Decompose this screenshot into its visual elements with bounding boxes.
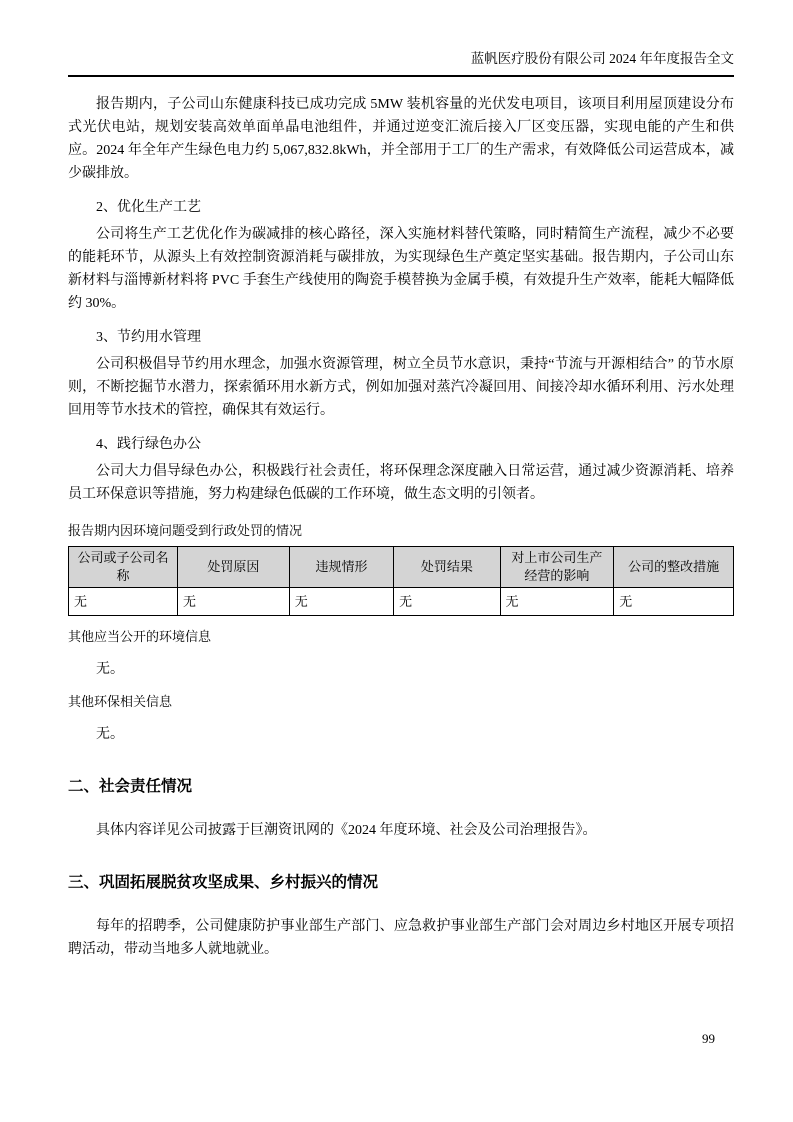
column-header-rectification: 公司的整改措施 [614, 547, 734, 588]
other-epa-info-label: 其他环保相关信息 [68, 692, 734, 712]
solar-project-paragraph: 报告期内，子公司山东健康科技已成功完成 5MW 装机容量的光伏发电项目，该项目利… [68, 93, 734, 185]
section-title-social-responsibility: 二、社会责任情况 [68, 776, 734, 798]
item-heading-production-process: 2、优化生产工艺 [68, 196, 734, 219]
item-heading-green-office: 4、践行绿色办公 [68, 433, 734, 456]
document-page: 蓝帆医疗股份有限公司 2024 年年度报告全文 报告期内，子公司山东健康科技已成… [0, 0, 793, 1122]
column-header-violation: 违规情形 [289, 547, 393, 588]
table-cell-violation: 无 [289, 588, 393, 616]
other-public-env-info-label: 其他应当公开的环境信息 [68, 627, 734, 647]
item-body-production-process: 公司将生产工艺优化作为碳减排的核心路径，深入实施材料替代策略，同时精简生产流程，… [68, 223, 734, 315]
table-cell-rectification: 无 [614, 588, 734, 616]
header-rule [68, 75, 734, 77]
section-body-rural-revitalization: 每年的招聘季，公司健康防护事业部生产部门、应急救护事业部生产部门会对周边乡村地区… [68, 915, 734, 961]
penalty-table-data-row: 无 无 无 无 无 无 [69, 588, 734, 616]
penalty-table-caption: 报告期内因环境问题受到行政处罚的情况 [68, 521, 734, 541]
column-header-company-name: 公司或子公司名称 [69, 547, 178, 588]
other-public-env-info-value: 无。 [68, 658, 734, 681]
page-number: 99 [702, 1027, 715, 1050]
table-cell-penalty-reason: 无 [178, 588, 290, 616]
report-header-title: 蓝帆医疗股份有限公司 2024 年年度报告全文 [471, 51, 734, 66]
other-epa-info-value: 无。 [68, 723, 734, 746]
column-header-impact: 对上市公司生产经营的影响 [500, 547, 614, 588]
table-cell-company-name: 无 [69, 588, 178, 616]
item-body-water-saving: 公司积极倡导节约用水理念，加强水资源管理，树立全员节水意识，秉持“节流与开源相结… [68, 353, 734, 422]
section-body-social-responsibility: 具体内容详见公司披露于巨潮资讯网的《2024 年度环境、社会及公司治理报告》。 [68, 819, 734, 842]
section-title-rural-revitalization: 三、巩固拓展脱贫攻坚成果、乡村振兴的情况 [68, 872, 734, 894]
table-cell-penalty-result: 无 [394, 588, 500, 616]
item-body-green-office: 公司大力倡导绿色办公，积极践行社会责任，将环保理念深度融入日常运营，通过减少资源… [68, 460, 734, 506]
penalty-table: 公司或子公司名称 处罚原因 违规情形 处罚结果 对上市公司生产经营的影响 公司的… [68, 546, 734, 616]
page-header: 蓝帆医疗股份有限公司 2024 年年度报告全文 [68, 0, 734, 68]
penalty-table-header-row: 公司或子公司名称 处罚原因 违规情形 处罚结果 对上市公司生产经营的影响 公司的… [69, 547, 734, 588]
page-content: 蓝帆医疗股份有限公司 2024 年年度报告全文 报告期内，子公司山东健康科技已成… [0, 0, 793, 961]
table-cell-impact: 无 [500, 588, 614, 616]
item-heading-water-saving: 3、节约用水管理 [68, 326, 734, 349]
column-header-penalty-result: 处罚结果 [394, 547, 500, 588]
column-header-penalty-reason: 处罚原因 [178, 547, 290, 588]
